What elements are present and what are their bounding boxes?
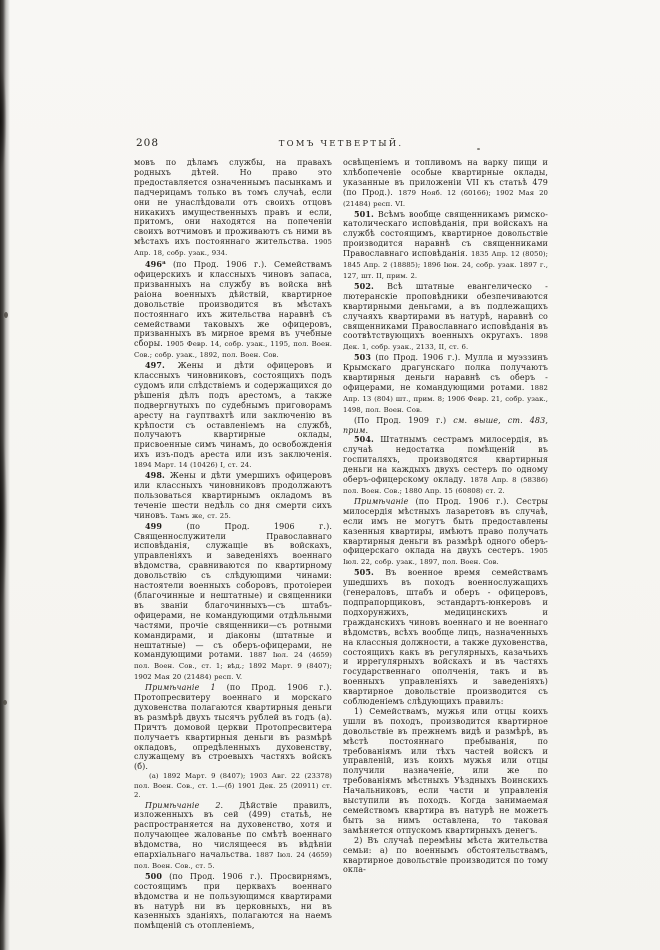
- right-column: освѣщеніемъ и топливомъ на варку пищи и …: [343, 158, 548, 875]
- scan-speck: [3, 700, 7, 705]
- running-head-title: ТОМЪ ЧЕТВЕРТЫЙ.: [134, 139, 548, 149]
- book-page: 208 ТОМЪ ЧЕТВЕРТЫЙ. мовъ по дѣламъ служб…: [0, 0, 660, 950]
- article-500-paragraph-segment-1: (по Прод. 1906 г.). Просвирнямъ, состоящ…: [134, 872, 332, 931]
- note-2-to-499-paragraph-segment-0: Примѣчаніе 2.: [145, 801, 223, 810]
- article-502-paragraph-segment-0: 502.: [354, 281, 374, 291]
- article-500-paragraph: 500 (по Прод. 1906 г.). Просвирнямъ, сос…: [134, 872, 332, 931]
- article-496a-paragraph: 496а (по Прод. 1906 г.). Семействамъ офи…: [134, 259, 332, 361]
- continuation-paragraph-segment-0: мовъ по дѣламъ службы, на правахъ родных…: [134, 158, 332, 246]
- left-column: мовъ по дѣламъ службы, на правахъ родных…: [134, 158, 332, 931]
- article-499-paragraph-segment-0: 499: [145, 521, 162, 531]
- note-1-citations-paragraph: (а) 1892 Март. 9 (8407); 1903 Авг. 22 (2…: [134, 772, 332, 800]
- article-503-paragraph-segment-0: 503: [354, 352, 371, 362]
- article-497-paragraph: 497. Жены и дѣти офицеровъ и классныхъ ч…: [134, 361, 332, 471]
- rule-2-paragraph: 2) Въ случаѣ перемѣны мѣста жительства с…: [343, 836, 548, 876]
- article-503-paragraph-segment-1: (по Прод. 1906 г.). Мулла и муэззинъ Кры…: [343, 353, 548, 392]
- prod-1909-reference-paragraph: (По Прод. 1909 г.) см. выше, ст. 483, пр…: [343, 416, 548, 436]
- note-2-to-499-paragraph: Примѣчаніе 2. Дѣйствіе правилъ, изложенн…: [134, 801, 332, 872]
- article-497-paragraph-segment-2: 1894 Март. 14 (10426) I, ст. 24.: [134, 461, 251, 469]
- article-498-paragraph: 498. Жены и дѣти умершихъ офицеровъ или …: [134, 471, 332, 522]
- note-1-to-499-paragraph: Примѣчаніе 1 (по Прод. 1906 г.). Протопр…: [134, 683, 332, 772]
- rule-2-paragraph-segment-0: 2) Въ случаѣ перемѣны мѣста жительства с…: [343, 836, 548, 875]
- article-504-paragraph: 504. Штатнымъ сестрамъ милосердія, въ сл…: [343, 435, 548, 496]
- scan-gutter-shadow: [0, 0, 10, 950]
- note-1-citations-paragraph-segment-0: (а) 1892 Март. 9 (8407); 1903 Авг. 22 (2…: [134, 772, 332, 799]
- article-499-paragraph-segment-1: (по Прод. 1906 г.). Священнослужители Пр…: [134, 522, 332, 660]
- article-497-paragraph-segment-1: Жены и дѣти офицеровъ и классныхъ чиновн…: [134, 361, 332, 459]
- article-504-paragraph-segment-0: 504.: [354, 434, 374, 444]
- article-501-paragraph: 501. Всѣмъ вообще священникамъ римско-ка…: [343, 210, 548, 282]
- article-505-paragraph-segment-1: Въ военное время семействамъ ушедшихъ въ…: [343, 568, 548, 706]
- article-496a-paragraph-segment-2: (по Прод. 1906 г.). Семействамъ офицерск…: [134, 260, 332, 348]
- article-505-paragraph: 505. Въ военное время семействамъ ушедши…: [343, 568, 548, 707]
- article-498-paragraph-segment-0: 498.: [145, 470, 165, 480]
- article-500-paragraph-segment-0: 500: [145, 871, 162, 881]
- continuation-paragraph: мовъ по дѣламъ службы, на правахъ родных…: [134, 158, 332, 259]
- rule-1-paragraph: 1) Семействамъ, мужья или отцы коихъ ушл…: [343, 707, 548, 836]
- article-502-paragraph: 502. Всѣ штатные евангелическо - лютеран…: [343, 282, 548, 353]
- article-503-paragraph: 503 (по Прод. 1906 г.). Мулла и муэззинъ…: [343, 353, 548, 415]
- article-499-paragraph: 499 (по Прод. 1906 г.). Священнослужител…: [134, 522, 332, 684]
- note-to-504-paragraph-segment-0: Примѣчаніе: [354, 497, 408, 506]
- article-500-continuation-paragraph: освѣщеніемъ и топливомъ на варку пищи и …: [343, 158, 548, 210]
- note-1-to-499-paragraph-segment-1: (по Прод. 1906 г.). Протопресвитеру воен…: [134, 683, 332, 771]
- note-to-504-paragraph: Примѣчаніе (по Прод. 1906 г.). Сестры ми…: [343, 497, 548, 568]
- article-505-paragraph-segment-0: 505.: [354, 567, 374, 577]
- page-header: 208 ТОМЪ ЧЕТВЕРТЫЙ.: [134, 134, 548, 154]
- rule-1-paragraph-segment-0: 1) Семействамъ, мужья или отцы коихъ ушл…: [343, 707, 548, 835]
- scan-speck: [4, 312, 8, 318]
- article-501-paragraph-segment-0: 501.: [354, 209, 374, 219]
- article-502-paragraph-segment-1: Всѣ штатные евангелическо - лютеранскіе …: [343, 282, 548, 341]
- text-columns: мовъ по дѣламъ службы, на правахъ родных…: [134, 158, 548, 931]
- article-496a-paragraph-segment-0: 496: [145, 259, 162, 269]
- prod-1909-reference-paragraph-segment-0: (По Прод. 1909 г.): [354, 416, 453, 425]
- article-498-paragraph-segment-2: Тамъ же, ст. 25.: [171, 512, 231, 520]
- note-1-to-499-paragraph-segment-0: Примѣчаніе 1: [145, 683, 216, 692]
- article-497-paragraph-segment-0: 497.: [145, 360, 165, 370]
